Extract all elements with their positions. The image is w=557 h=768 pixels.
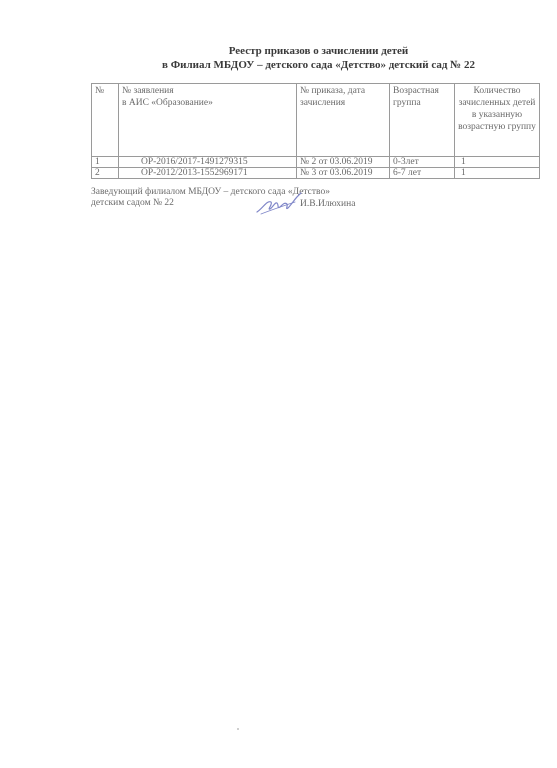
table-header-row: № № заявления в АИС «Образование» № прик… [92,84,540,157]
row-application: ОР-2012/2013-1552969171 [119,168,297,179]
row-order: № 3 от 03.06.2019 [297,168,390,179]
header-age-group: Возрастная группа [390,84,455,157]
header-number: № [92,84,119,157]
signatory-position-line2: детским садом № 22 [91,198,174,209]
row-age-group: 0-3лет [390,157,455,168]
row-number: 2 [92,168,119,179]
signatory-name: И.В.Илюхина [300,199,355,209]
row-age-group: 6-7 лет [390,168,455,179]
row-count: 1 [455,168,540,179]
document-title-line2: в Филиал МБДОУ – детского сада «Детство»… [40,58,557,72]
table-row: 2 ОР-2012/2013-1552969171 № 3 от 03.06.2… [92,168,540,179]
row-order: № 2 от 03.06.2019 [297,157,390,168]
registry-table: № № заявления в АИС «Образование» № прик… [91,83,540,179]
header-order: № приказа, дата зачисления [297,84,390,157]
row-count: 1 [455,157,540,168]
table-row: 1 ОР-2016/2017-1491279315 № 2 от 03.06.2… [92,157,540,168]
scan-speck [237,728,239,730]
row-application: ОР-2016/2017-1491279315 [119,157,297,168]
signature-icon [255,190,303,216]
header-count: Количество зачисленных детей в указанную… [455,84,540,157]
header-application: № заявления в АИС «Образование» [119,84,297,157]
row-number: 1 [92,157,119,168]
document-title-line1: Реестр приказов о зачислении детей [40,44,557,58]
